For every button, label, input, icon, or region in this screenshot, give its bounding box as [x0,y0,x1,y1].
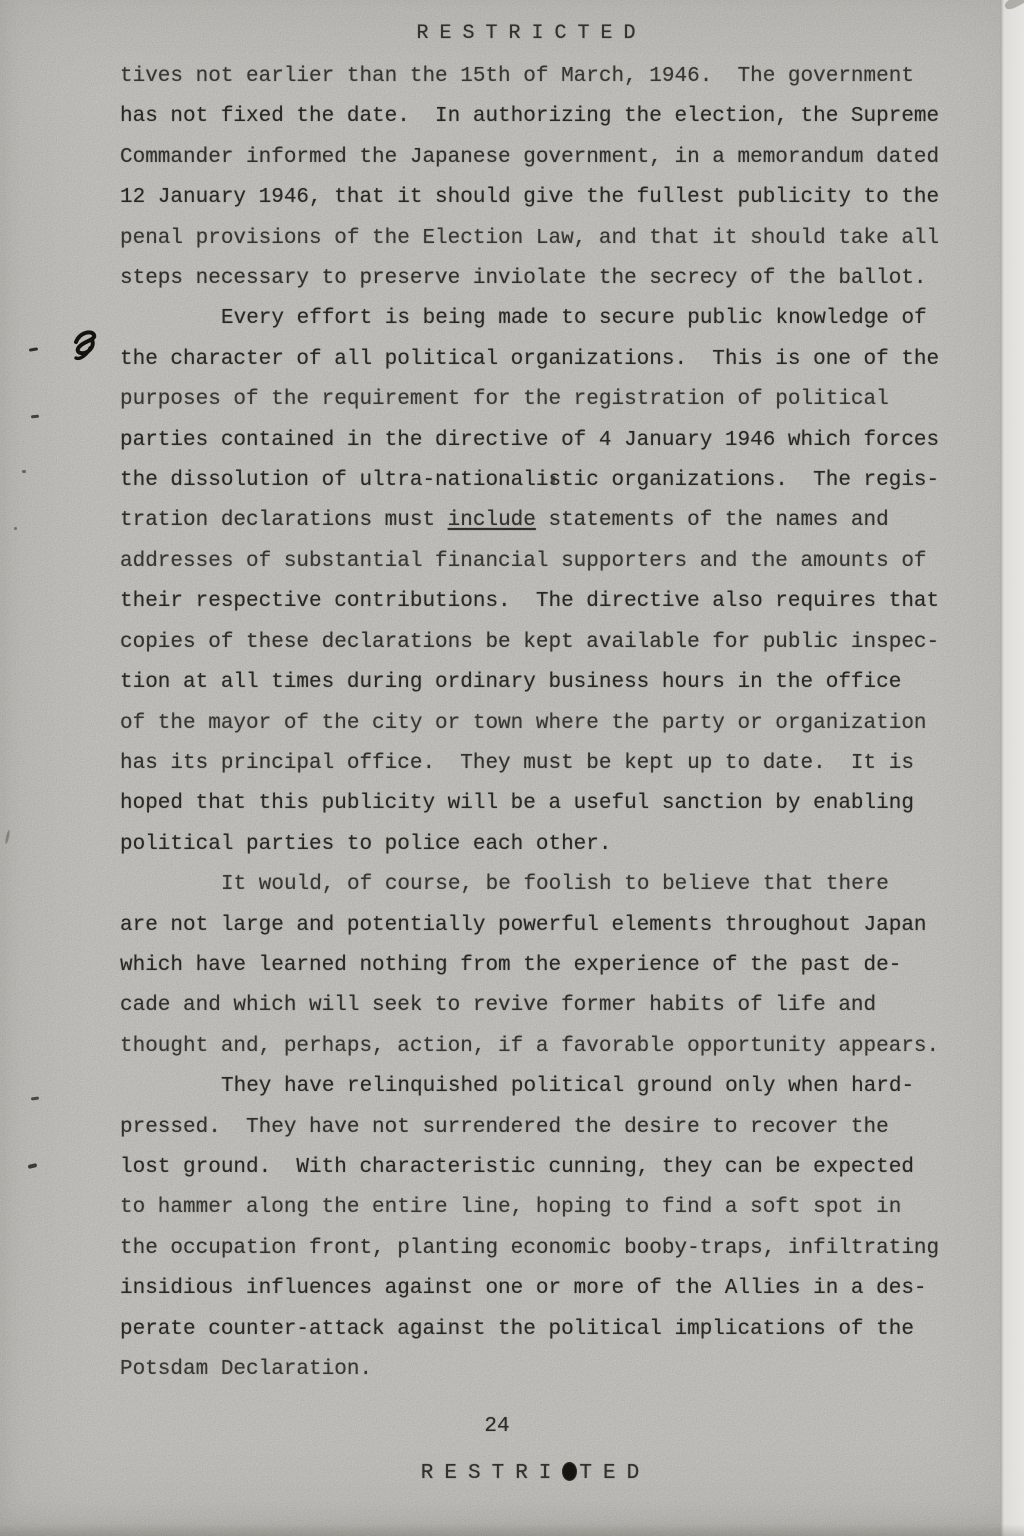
stamp-letter: I [539,1462,563,1485]
ink-speck [29,347,38,352]
text-line: Every effort is being made to secure pub… [120,299,960,339]
stamp-letter: T [579,1462,603,1485]
classification-stamp-header: RESTRICTED [0,22,1024,45]
text-line: purposes of the requirement for the regi… [120,380,960,420]
stamp-letter: E [603,1462,627,1485]
stamp-letter: D [627,1462,651,1485]
stamp-letter: R [421,1462,445,1485]
text-line: pressed. They have not surrendered the d… [120,1108,960,1148]
text-line: which have learned nothing from the expe… [120,946,960,986]
text-line: are not large and potentially powerful e… [120,906,960,946]
ink-speck [14,527,17,530]
text-line: tives not earlier than the 15th of March… [120,57,960,97]
classification-stamp-footer: RESTRITED [0,1462,1024,1485]
text-line: It would, of course, be foolish to belie… [120,865,960,905]
text-line: cade and which will seek to revive forme… [120,986,960,1026]
document-body: tives not earlier than the 15th of March… [120,57,960,1390]
text-line: their respective contributions. The dire… [120,582,960,622]
ink-blotted-letter [562,1462,577,1481]
scanned-document-page: RESTRICTED tives not earlier than the 15… [0,0,1024,1536]
text-line: They have relinquished political ground … [120,1067,960,1107]
text-line: lost ground. With characteristic cunning… [120,1148,960,1188]
text-line: tion at all times during ordinary busine… [120,663,960,703]
text-line: 12 January 1946, that it should give the… [120,178,960,218]
text-line: steps necessary to preserve inviolate th… [120,259,960,299]
stamp-letter: S [468,1462,492,1485]
text-line: hoped that this publicity will be a usef… [120,784,960,824]
text-line: perate counter-attack against the politi… [120,1310,960,1350]
text-line: Commander informed the Japanese governme… [120,138,960,178]
text-line: parties contained in the directive of 4 … [120,421,960,461]
text-line: has not fixed the date. In authorizing t… [120,97,960,137]
ink-speck [5,830,11,844]
ink-speck [22,470,26,473]
bottom-shadow [0,1524,1024,1536]
paper-edge [1000,0,1024,1536]
page-number: 24 [0,1415,994,1438]
text-line: the occupation front, planting economic … [120,1229,960,1269]
text-line: tration declarations must include statem… [120,501,960,541]
ink-speck [31,1096,39,1100]
stamp-letter: T [492,1462,516,1485]
text-line: the character of all political organizat… [120,340,960,380]
text-line: copies of these declarations be kept ava… [120,623,960,663]
text-line: addresses of substantial financial suppo… [120,542,960,582]
text-line: Potsdam Declaration. [120,1350,960,1390]
ink-speck [31,415,39,419]
text-line: has its principal office. They must be k… [120,744,960,784]
text-line: thought and, perhaps, action, if a favor… [120,1027,960,1067]
text-line: insidious influences against one or more… [120,1269,960,1309]
text-line: to hammer along the entire line, hoping … [120,1188,960,1228]
text-line: the dissolution of ultra-nationalistic o… [120,461,960,501]
stamp-letter: E [444,1462,468,1485]
ink-speck [28,1163,38,1169]
text-line: penal provisions of the Election Law, an… [120,219,960,259]
text-line: of the mayor of the city or town where t… [120,704,960,744]
pen-scribble-annotation [66,324,110,372]
text-line: political parties to police each other. [120,825,960,865]
stamp-letter: R [515,1462,539,1485]
